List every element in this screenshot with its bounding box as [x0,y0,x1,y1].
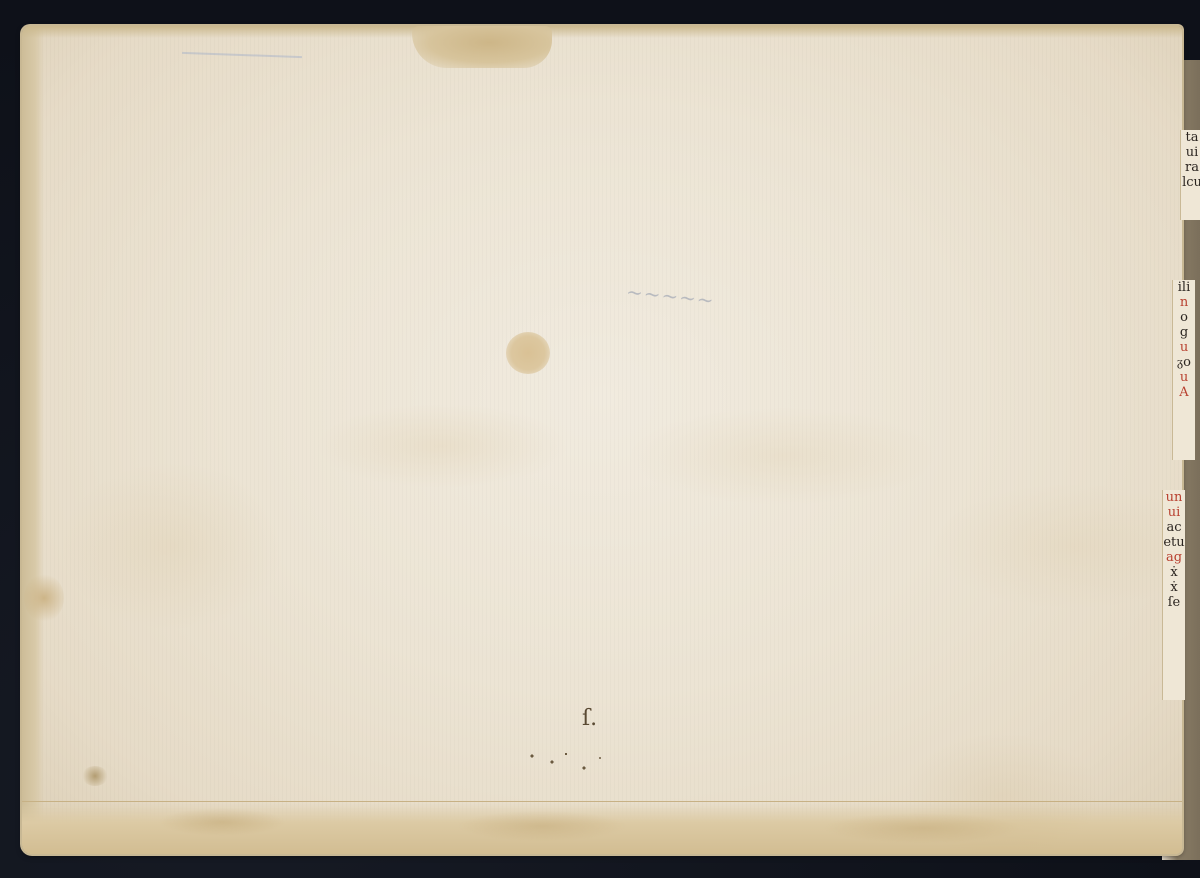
small-dark-stain [82,766,108,786]
fragment-rubric-text: un [1163,490,1185,505]
left-edge-discoloration [22,26,44,854]
manuscript-fragment: ta ui ra lcu [1180,130,1200,220]
ink-mark: ſ. [582,706,597,731]
fragment-rubric-text: n [1173,295,1195,310]
pencil-inscription: ~~~~~ [625,279,716,312]
fragment-text: ra [1181,160,1200,175]
round-stain [506,332,550,374]
paper-leaf: ~~~~~ ſ. [22,26,1182,854]
fragment-text: ta [1181,130,1200,145]
fragment-text: lcu [1181,175,1200,190]
photo-scene: ~~~~~ ſ. ta ui ra lcu ili n o g u ᵹo u A… [0,0,1200,878]
fragment-text: ſe [1163,595,1185,610]
fragment-rubric-text: ui [1163,505,1185,520]
ink-speckles [522,748,612,778]
fragment-text: o [1173,310,1195,325]
fragment-rubric-text: u [1173,340,1195,355]
fragment-text: ili [1173,280,1195,295]
fragment-text: ẋ [1163,565,1185,580]
fragment-text: ui [1181,145,1200,160]
fragment-rubric-text: A [1173,385,1195,400]
manuscript-fragment: ili n o g u ᵹo u A [1172,280,1195,460]
fragment-text: g [1173,325,1195,340]
top-edge-discoloration [22,26,1182,38]
fragment-text: etu [1163,535,1185,550]
fragment-rubric-text: u [1173,370,1195,385]
fragment-rubric-text: ag [1163,550,1185,565]
pencil-stroke [182,52,302,58]
fragment-text: ᵹo [1173,355,1195,370]
fragment-text: ac [1163,520,1185,535]
fragment-text: ẋ [1163,580,1185,595]
bottom-edge-water-stain [22,801,1182,854]
manuscript-fragment: un ui ac etu ag ẋ ẋ ſe [1162,490,1185,700]
